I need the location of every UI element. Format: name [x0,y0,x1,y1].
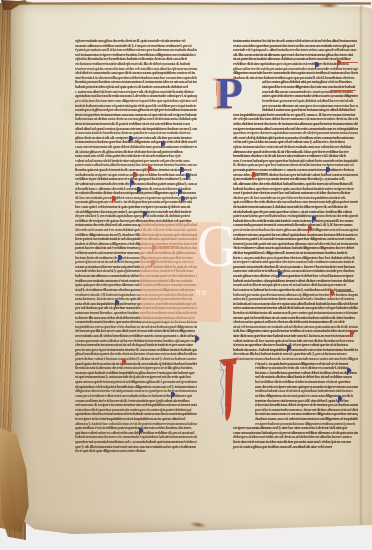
watermark-small-text: no [196,288,207,297]
initial-p-letter: P [216,72,243,116]
paraph-mark-blue [161,141,165,146]
paraph-mark-blue [347,368,351,373]
manuscript-photo: ep̃i necessitatis non glōsa decretis cle… [0,0,372,550]
watermark-letter-g: G [197,216,237,276]
paraph-mark-blue [139,428,143,433]
paraph-mark-blue [143,211,147,216]
paraph-mark-red [112,196,116,201]
paraph-mark-blue [315,62,319,67]
text-line: peccā contra glōsa que testibus suum ff.… [233,445,358,450]
gutter-crease [359,5,363,525]
edge-stain [318,3,340,8]
paraph-mark-blue [338,396,342,401]
parchment-stain [228,468,352,510]
paraph-mark-red [330,290,334,295]
paraph-mark-red [308,226,312,231]
paraph-mark-blue [178,189,182,194]
paraph-mark-blue [118,255,122,260]
illuminated-initial-p: P P [216,80,243,114]
paraph-mark-blue [129,136,133,141]
paraph-mark-red [133,172,137,177]
paraph-mark-blue [130,180,134,185]
text-line: forte qui dicit quis diligentem nota om̃… [75,449,197,454]
paraph-mark-blue [195,336,199,341]
paraph-mark-blue [312,216,316,221]
paraph-mark-blue [171,392,175,397]
paraph-mark-red [148,166,152,171]
paraph-mark-blue [186,173,190,178]
paraph-mark-red [122,359,126,364]
paraph-mark-blue [115,300,119,305]
text-column-right: testamenta tenetur loci sit tu sicud con… [233,39,358,452]
margin-shading [30,190,58,460]
paraph-mark-blue [326,167,330,172]
paraph-mark-red [350,330,354,335]
illuminated-initial-i [217,357,239,425]
paraph-mark-blue [137,187,141,192]
paraph-mark-blue [278,271,282,276]
paraph-mark-blue [181,196,185,201]
paraph-mark-blue [287,345,291,350]
paraph-mark-blue [180,167,184,172]
